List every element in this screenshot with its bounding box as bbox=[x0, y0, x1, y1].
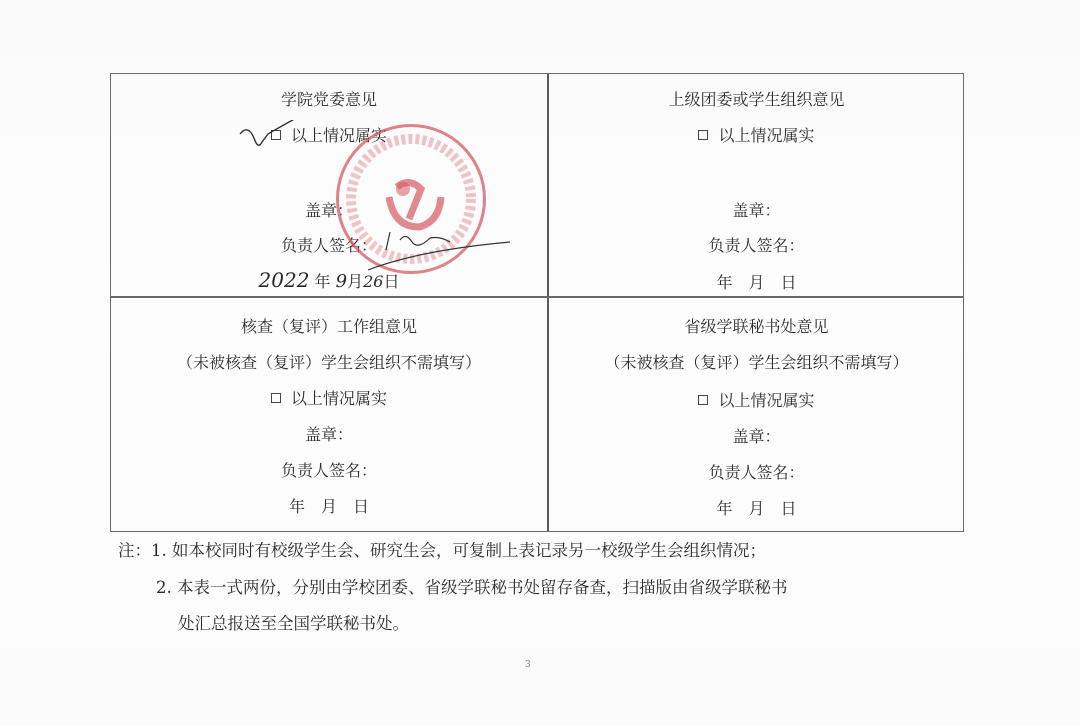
notes-line-1: 注：1. 如本校同时有校级学生会、研究生会，可复制上表记录另一校级学生会组织情况… bbox=[118, 540, 766, 562]
document-page: 学院党委意见 以上情况属实 盖章： 负责人签名： 2022 年 9月26日 上级… bbox=[0, 0, 1080, 726]
cell-title: 核查（复评）工作组意见 bbox=[111, 317, 547, 337]
cell-subtitle: （未被核查（复评）学生会组织不需填写） bbox=[548, 353, 965, 373]
cell-superior-league-committee: 上级团委或学生组织意见 以上情况属实 盖章： 负责人签名： 年月日 bbox=[548, 74, 965, 296]
checkbox-label: 以上情况属实 bbox=[718, 391, 814, 410]
cell-title: 学院党委意见 bbox=[111, 90, 547, 110]
page-number: 3 bbox=[525, 660, 531, 670]
checkbox[interactable] bbox=[698, 130, 708, 140]
date-month-handwritten: 9 bbox=[336, 272, 347, 292]
checkbox-label: 以上情况属实 bbox=[718, 126, 814, 145]
cell-provincial-student-federation: 省级学联秘书处意见 （未被核查（复评）学生会组织不需填写） 以上情况属实 盖章：… bbox=[548, 297, 965, 533]
month-label: 月 bbox=[748, 273, 764, 293]
handwritten-checkmark-icon bbox=[238, 120, 318, 160]
day-label: 日 bbox=[353, 497, 369, 517]
note-item-2-continued: 处汇总报送至全国学联秘书处。 bbox=[178, 613, 409, 635]
checkbox-row: 以上情况属实 bbox=[548, 126, 965, 146]
seal-label: 盖章： bbox=[548, 427, 965, 447]
date-row: 年月日 bbox=[548, 273, 965, 293]
checkbox-label: 以上情况属实 bbox=[291, 389, 387, 408]
checkbox-row: 以上情况属实 bbox=[111, 389, 547, 409]
handwritten-signature bbox=[360, 220, 520, 280]
year-label: 年 bbox=[315, 272, 331, 292]
month-label: 月 bbox=[748, 499, 764, 519]
day-label: 日 bbox=[781, 273, 797, 293]
checkbox[interactable] bbox=[698, 395, 708, 405]
note-item-1: 1. 如本校同时有校级学生会、研究生会，可复制上表记录另一校级学生会组织情况； bbox=[151, 541, 766, 560]
signature-label: 负责人签名： bbox=[548, 463, 965, 483]
month-label: 月 bbox=[321, 497, 337, 517]
date-year-handwritten: 2022 bbox=[259, 270, 310, 290]
year-label: 年 bbox=[716, 499, 732, 519]
notes-prefix: 注： bbox=[118, 541, 151, 560]
date-row: 年月日 bbox=[111, 497, 547, 517]
note-item-2: 2. 本表一式两份，分别由学校团委、省级学联秘书处留存备查，扫描版由省级学联秘书 bbox=[156, 577, 788, 599]
cell-subtitle: （未被核查（复评）学生会组织不需填写） bbox=[111, 353, 547, 373]
seal-label: 盖章： bbox=[111, 425, 547, 445]
year-label: 年 bbox=[289, 497, 305, 517]
date-row: 年月日 bbox=[548, 499, 965, 519]
year-label: 年 bbox=[716, 273, 732, 293]
cell-title: 上级团委或学生组织意见 bbox=[548, 90, 965, 110]
cell-review-working-group: 核查（复评）工作组意见 （未被核查（复评）学生会组织不需填写） 以上情况属实 盖… bbox=[111, 297, 547, 533]
cell-title: 省级学联秘书处意见 bbox=[548, 317, 965, 337]
day-label: 日 bbox=[781, 499, 797, 519]
checkbox[interactable] bbox=[271, 393, 281, 403]
signature-label: 负责人签名： bbox=[111, 461, 547, 481]
checkbox-row: 以上情况属实 bbox=[548, 391, 965, 411]
signature-label: 负责人签名： bbox=[548, 236, 965, 256]
seal-label: 盖章： bbox=[548, 201, 965, 221]
